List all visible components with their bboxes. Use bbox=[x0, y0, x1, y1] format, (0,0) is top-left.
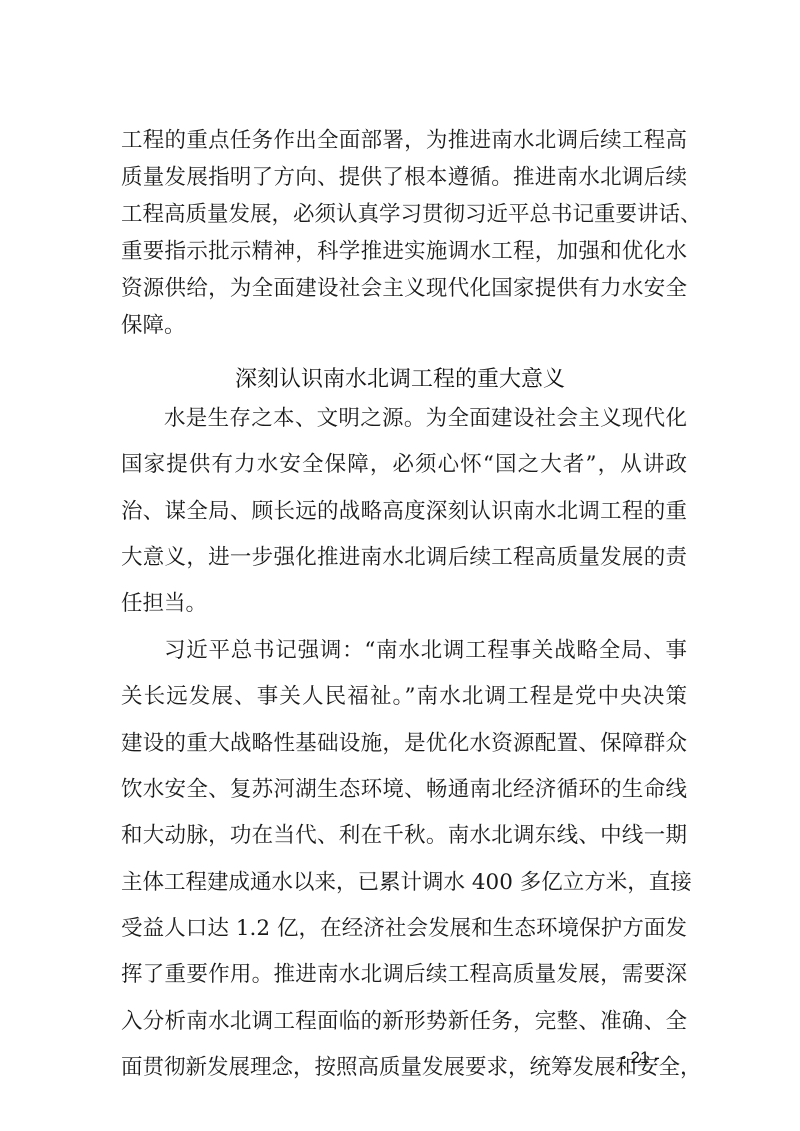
document-page: 深刻认识南水北调工程的重大意义 - 21 - 工程的重点任务作出全面部署，为推进… bbox=[0, 0, 800, 1131]
paragraph-line: 国家提供有力水安全保障，必须心怀“国之大者”，从讲政 bbox=[121, 447, 687, 483]
paragraph-line: 质量发展指明了方向、提供了根本遵循。推进南水北调后续 bbox=[121, 160, 687, 196]
paragraph-line: 大意义，进一步强化推进南水北调后续工程高质量发展的责 bbox=[121, 540, 687, 576]
section-heading: 深刻认识南水北调工程的重大意义 bbox=[0, 362, 800, 398]
paragraph-line: 关长远发展、事关人民福祉。”南水北调工程是党中央决策 bbox=[121, 679, 687, 715]
paragraph-line: 面贯彻新发展理念，按照高质量发展要求，统筹发展和安全， bbox=[121, 1050, 687, 1086]
paragraph-line: 保障。 bbox=[121, 308, 687, 344]
paragraph-line: 建设的重大战略性基础设施，是优化水资源配置、保障群众 bbox=[121, 726, 687, 762]
paragraph-line: 挥了重要作用。推进南水北调后续工程高质量发展，需要深 bbox=[121, 957, 687, 993]
paragraph-line: 工程的重点任务作出全面部署，为推进南水北调后续工程高 bbox=[121, 123, 687, 159]
paragraph-line: 和大动脉，功在当代、利在千秋。南水北调东线、中线一期 bbox=[121, 818, 687, 854]
paragraph-line: 水是生存之本、文明之源。为全面建设社会主义现代化 bbox=[164, 401, 687, 437]
paragraph-line: 重要指示批示精神，科学推进实施调水工程，加强和优化水 bbox=[121, 234, 687, 270]
paragraph-line: 受益人口达 1.2 亿，在经济社会发展和生态环境保护方面发 bbox=[121, 911, 687, 947]
paragraph-line: 任担当。 bbox=[121, 586, 687, 622]
paragraph-line: 习近平总书记强调：“南水北调工程事关战略全局、事 bbox=[164, 633, 687, 669]
paragraph-line: 主体工程建成通水以来，已累计调水 400 多亿立方米，直接 bbox=[121, 865, 687, 901]
paragraph-line: 饮水安全、复苏河湖生态环境、畅通南北经济循环的生命线 bbox=[121, 772, 687, 808]
paragraph-line: 工程高质量发展，必须认真学习贯彻习近平总书记重要讲话、 bbox=[121, 197, 687, 233]
paragraph-line: 治、谋全局、顾长远的战略高度深刻认识南水北调工程的重 bbox=[121, 494, 687, 530]
paragraph-line: 入分析南水北调工程面临的新形势新任务，完整、准确、全 bbox=[121, 1004, 687, 1040]
paragraph-line: 资源供给，为全面建设社会主义现代化国家提供有力水安全 bbox=[121, 271, 687, 307]
